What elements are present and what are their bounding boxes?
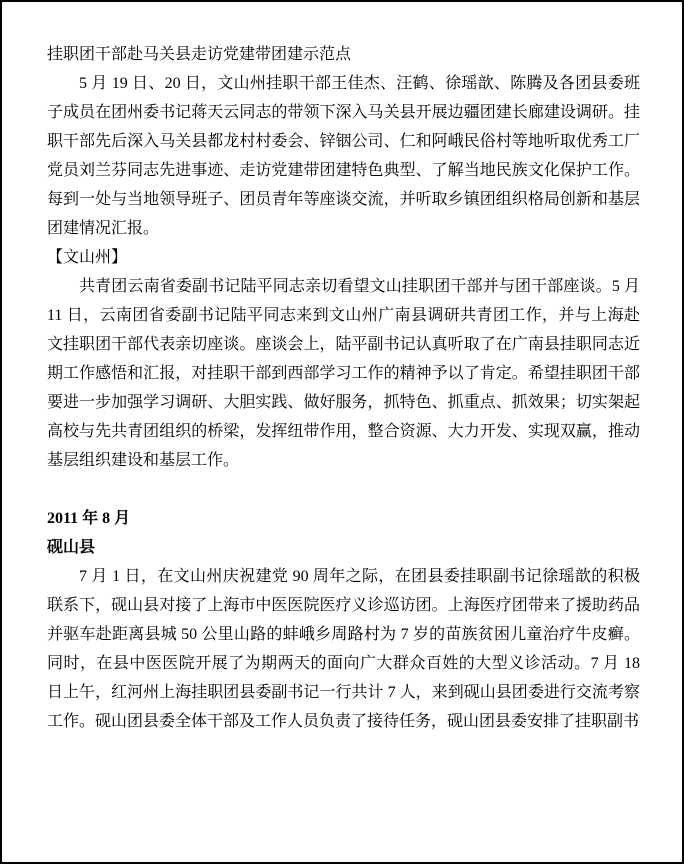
document-title-line: 挂职团干部赴马关县走访党建带团建示范点 [47,40,640,69]
section-heading-wenshanzhou: 【文山州】 [47,243,640,272]
document-page: 挂职团干部赴马关县走访党建带团建示范点 5 月 19 日、20 日，文山州挂职干… [0,0,684,864]
heading-county-yanshan: 砚山县 [47,533,640,562]
paragraph-luping-visit: 共青团云南省委副书记陆平同志亲切看望文山挂职团干部并与团干部座谈。5 月 11 … [47,272,640,475]
paragraph-yanshan-activities: 7 月 1 日，在文山州庆祝建党 90 周年之际，在团县委挂职副书记徐瑶歆的积极… [47,562,640,736]
document-content: 挂职团干部赴马关县走访党建带团建示范点 5 月 19 日、20 日，文山州挂职干… [47,40,640,736]
heading-date-2011-08: 2011 年 8 月 [47,504,640,533]
paragraph-maguan-visit: 5 月 19 日、20 日，文山州挂职干部王佳杰、汪鹤、徐瑶歆、陈腾及各团县委班… [47,69,640,243]
